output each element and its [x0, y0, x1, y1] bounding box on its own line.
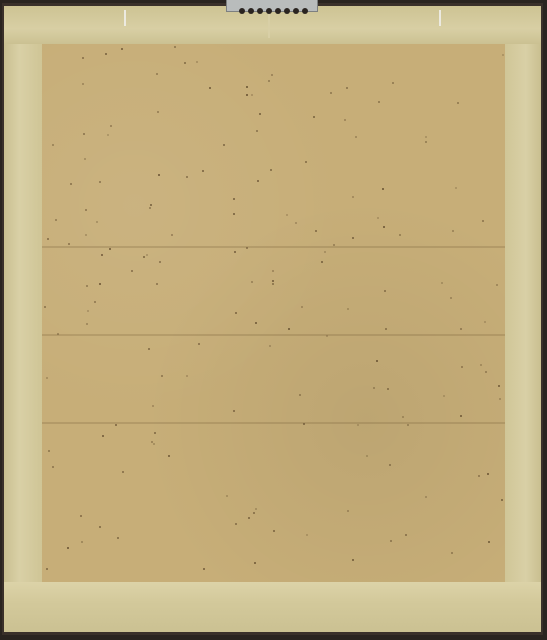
speck — [157, 111, 159, 113]
speck — [272, 283, 274, 285]
speck — [233, 198, 235, 200]
speck — [86, 285, 88, 287]
speck — [352, 559, 354, 561]
speck — [151, 441, 153, 443]
speck — [270, 169, 272, 171]
hanger-tooth — [302, 8, 308, 14]
speck — [346, 87, 348, 89]
speck — [82, 83, 84, 85]
speck — [377, 217, 379, 219]
hanger-tooth — [248, 8, 254, 14]
speck — [87, 310, 89, 312]
hanger-tooth — [275, 8, 281, 14]
speck — [306, 534, 308, 536]
speck — [303, 423, 305, 425]
speck — [186, 375, 188, 377]
cardboard-fold — [42, 334, 505, 336]
speck — [153, 443, 155, 445]
speck — [389, 464, 391, 466]
speck — [441, 282, 443, 284]
speck — [156, 283, 158, 285]
speck — [161, 375, 163, 377]
speck — [366, 455, 368, 457]
speck — [499, 398, 501, 400]
speck — [501, 499, 503, 501]
hanger-tooth — [293, 8, 299, 14]
staple-icon — [268, 14, 270, 38]
speck — [480, 364, 482, 366]
speck — [460, 415, 462, 417]
speck — [452, 230, 454, 232]
speck — [131, 270, 133, 272]
speck — [234, 251, 236, 253]
speck — [121, 48, 123, 50]
speck — [478, 475, 480, 477]
speck — [344, 119, 346, 121]
speck — [223, 144, 225, 146]
speck — [55, 219, 57, 221]
speck — [233, 410, 235, 412]
speck — [109, 248, 111, 250]
hanger-tooth — [284, 8, 290, 14]
speck — [321, 261, 323, 263]
speck — [115, 424, 117, 426]
speck — [46, 377, 48, 379]
speck — [82, 57, 84, 59]
speck — [150, 204, 152, 206]
hanger-tooth — [257, 8, 263, 14]
cardboard-fold — [42, 246, 505, 248]
speck — [251, 281, 253, 283]
speck — [52, 466, 54, 468]
paper-tape-right — [503, 6, 541, 632]
speck — [186, 176, 188, 178]
speck — [390, 540, 392, 542]
speck — [399, 234, 401, 236]
speck — [357, 424, 359, 426]
staple-icon — [124, 10, 126, 26]
speck — [271, 74, 273, 76]
speck — [461, 366, 463, 368]
speck — [273, 530, 275, 532]
speck — [392, 82, 394, 84]
speck — [152, 405, 154, 407]
speck — [184, 62, 186, 64]
speck — [460, 328, 462, 330]
cardboard-fold — [42, 422, 505, 424]
speck — [385, 328, 387, 330]
speck — [159, 261, 161, 263]
speck — [235, 312, 237, 314]
speck — [272, 270, 274, 272]
speck — [81, 541, 83, 543]
speck — [407, 424, 409, 426]
speck — [226, 495, 228, 497]
speck — [96, 221, 98, 223]
hanger-tooth — [239, 8, 245, 14]
speck — [107, 134, 109, 136]
speck — [387, 388, 389, 390]
speck — [355, 136, 357, 138]
sawtooth-hanger-icon — [226, 0, 318, 12]
speck — [326, 335, 328, 337]
speck — [48, 450, 50, 452]
speck — [110, 125, 112, 127]
speck — [85, 209, 87, 211]
speck — [196, 61, 198, 63]
speck — [149, 207, 151, 209]
paper-tape-left — [4, 6, 42, 632]
speck — [68, 243, 70, 245]
speck — [143, 256, 145, 258]
staple-icon — [439, 10, 441, 26]
paper-tape-bottom — [4, 582, 541, 632]
speck — [154, 432, 156, 434]
speck — [251, 94, 253, 96]
